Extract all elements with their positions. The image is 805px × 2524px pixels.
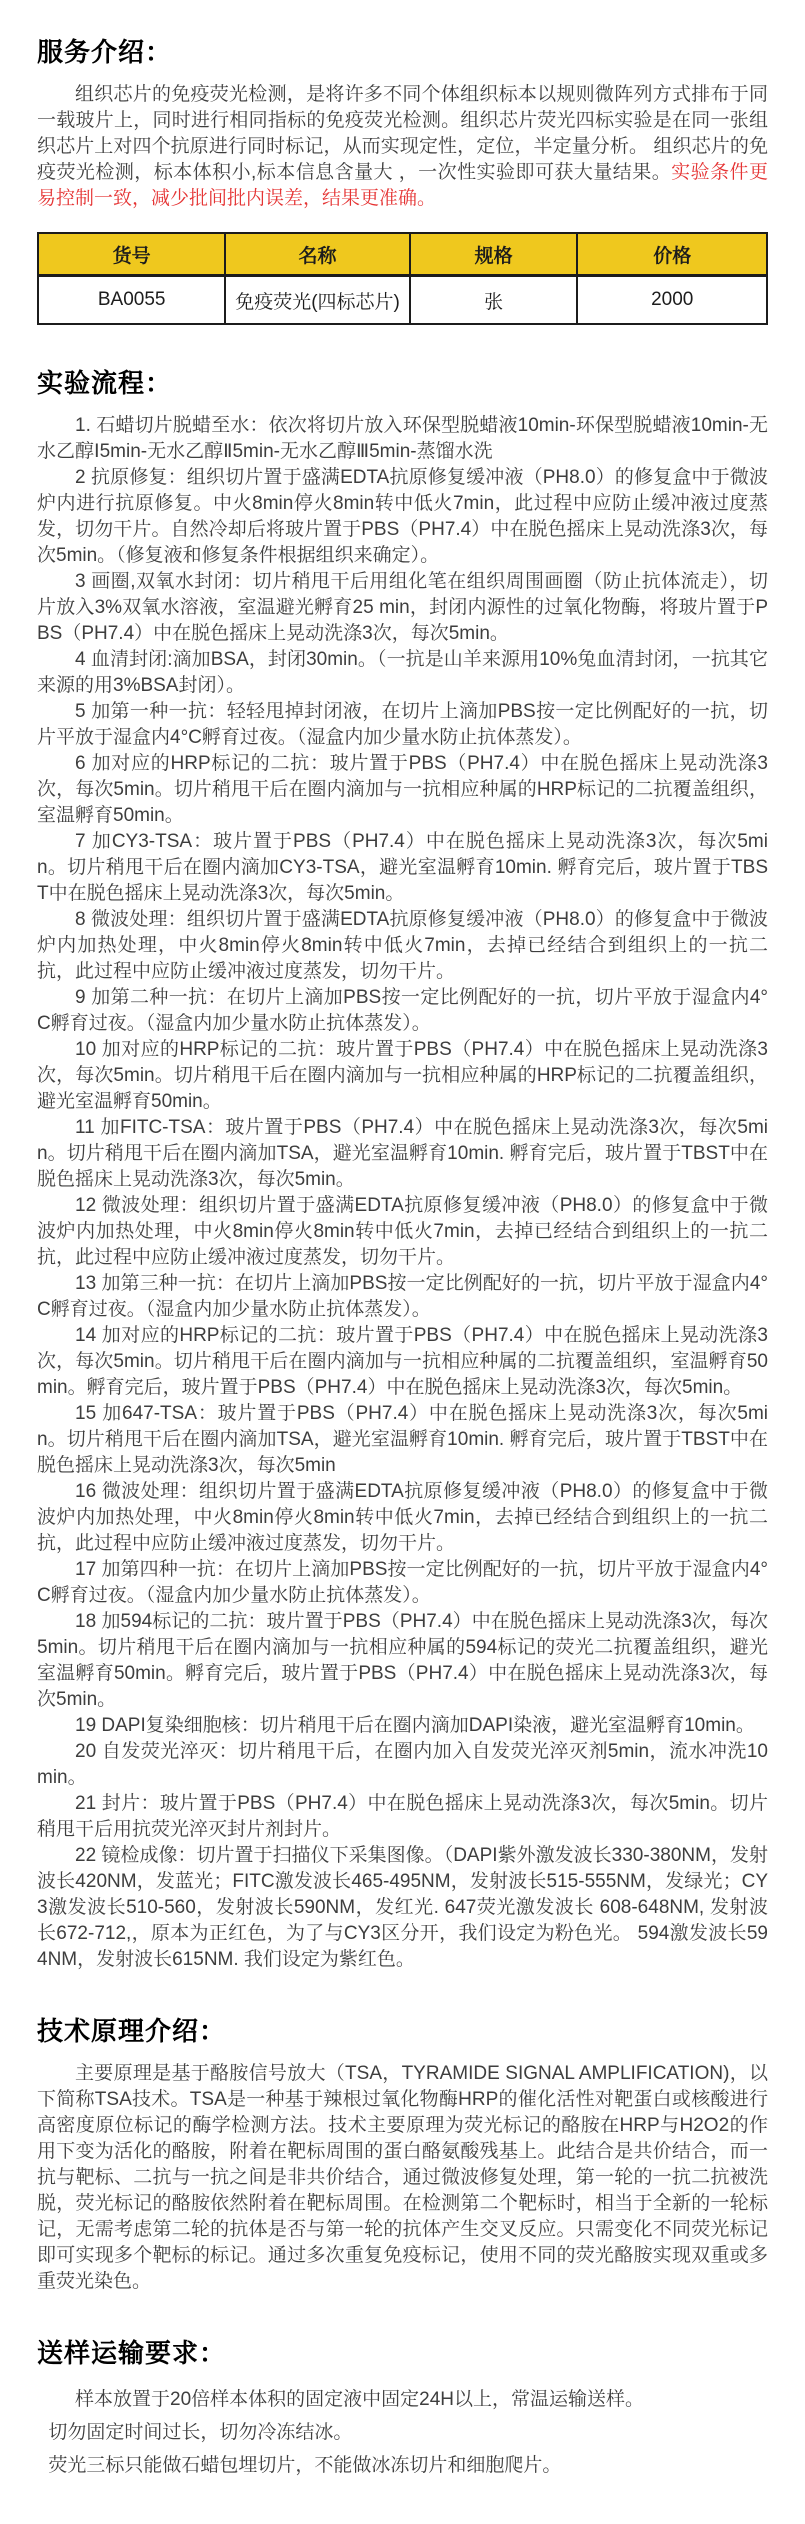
principle-heading: 技术原理介绍： [37, 2011, 768, 2048]
procedure-step-8: 8 微波处理：组织切片置于盛满EDTA抗原修复缓冲液（PH8.0）的修复盒中于微… [37, 907, 768, 985]
price-table-cell-name: 免疫荧光(四标芯片) [225, 276, 409, 325]
shipping-line-2: 切勿固定时间过长，切勿冷冻结冰。 [37, 2416, 768, 2449]
shipping-line-1: 样本放置于20倍样本体积的固定液中固定24H以上，常温运输送样。 [37, 2383, 768, 2416]
procedure-step-15: 15 加647-TSA：玻片置于PBS（PH7.4）中在脱色摇床上晃动洗涤3次，… [37, 1401, 768, 1479]
price-table-header-name: 名称 [225, 233, 409, 276]
procedure-step-19: 19 DAPI复染细胞核：切片稍甩干后在圈内滴加DAPI染液，避光室温孵育10m… [37, 1713, 768, 1739]
product-detail-page: 服务介绍： 组织芯片的免疫荧光检测，是将许多不同个体组织标本以规则微阵列方式排布… [0, 0, 805, 2524]
service-intro-text: 组织芯片的免疫荧光检测，是将许多不同个体组织标本以规则微阵列方式排布于同一载玻片… [37, 84, 768, 183]
procedure-step-7: 7 加CY3-TSA：玻片置于PBS（PH7.4）中在脱色摇床上晃动洗涤3次，每… [37, 829, 768, 907]
procedure-step-10: 10 加对应的HRP标记的二抗：玻片置于PBS（PH7.4）中在脱色摇床上晃动洗… [37, 1037, 768, 1115]
service-intro-paragraph: 组织芯片的免疫荧光检测，是将许多不同个体组织标本以规则微阵列方式排布于同一载玻片… [37, 82, 768, 212]
price-table-cell-code: BA0055 [38, 276, 225, 325]
shipping-line-3: 荧光三标只能做石蜡包埋切片，不能做冰冻切片和细胞爬片。 [37, 2449, 768, 2482]
price-table: 货号 名称 规格 价格 BA0055 免疫荧光(四标芯片) 张 2000 [37, 232, 768, 325]
price-table-cell-price: 2000 [577, 276, 767, 325]
procedure-step-2: 2 抗原修复：组织切片置于盛满EDTA抗原修复缓冲液（PH8.0）的修复盒中于微… [37, 465, 768, 569]
price-table-header-row: 货号 名称 规格 价格 [38, 233, 767, 276]
procedure-step-20: 20 自发荧光淬灭：切片稍甩干后，在圈内加入自发荧光淬灭剂5min，流水冲洗10… [37, 1739, 768, 1791]
principle-section: 技术原理介绍： 主要原理是基于酪胺信号放大（TSA，TYRAMIDE SIGNA… [37, 2011, 768, 2295]
procedure-step-6: 6 加对应的HRP标记的二抗：玻片置于PBS（PH7.4）中在脱色摇床上晃动洗涤… [37, 751, 768, 829]
procedure-step-1: 1. 石蜡切片脱蜡至水：依次将切片放入环保型脱蜡液10min-环保型脱蜡液10m… [37, 413, 768, 465]
procedure-step-18: 18 加594标记的二抗：玻片置于PBS（PH7.4）中在脱色摇床上晃动洗涤3次… [37, 1609, 768, 1713]
shipping-section: 送样运输要求： 样本放置于20倍样本体积的固定液中固定24H以上，常温运输送样。… [37, 2333, 768, 2482]
procedure-step-12: 12 微波处理：组织切片置于盛满EDTA抗原修复缓冲液（PH8.0）的修复盒中于… [37, 1193, 768, 1271]
procedure-step-22: 22 镜检成像：切片置于扫描仪下采集图像。（DAPI紫外激发波长330-380N… [37, 1843, 768, 1973]
price-table-header-spec: 规格 [410, 233, 578, 276]
procedure-step-9: 9 加第二种一抗：在切片上滴加PBS按一定比例配好的一抗，切片平放于湿盒内4°C… [37, 985, 768, 1037]
service-intro-section: 服务介绍： 组织芯片的免疫荧光检测，是将许多不同个体组织标本以规则微阵列方式排布… [37, 32, 768, 212]
procedure-step-5: 5 加第一种一抗：轻轻甩掉封闭液，在切片上滴加PBS按一定比例配好的一抗，切片平… [37, 699, 768, 751]
procedure-step-16: 16 微波处理：组织切片置于盛满EDTA抗原修复缓冲液（PH8.0）的修复盒中于… [37, 1479, 768, 1557]
price-table-header-price: 价格 [577, 233, 767, 276]
principle-paragraph: 主要原理是基于酪胺信号放大（TSA，TYRAMIDE SIGNAL AMPLIF… [37, 2061, 768, 2295]
procedure-heading: 实验流程： [37, 363, 768, 400]
procedure-step-11: 11 加FITC-TSA：玻片置于PBS（PH7.4）中在脱色摇床上晃动洗涤3次… [37, 1115, 768, 1193]
price-table-header-code: 货号 [38, 233, 225, 276]
shipping-heading: 送样运输要求： [37, 2333, 768, 2370]
procedure-step-4: 4 血清封闭:滴加BSA，封闭30min。（一抗是山羊来源用10%兔血清封闭，一… [37, 647, 768, 699]
price-table-row: BA0055 免疫荧光(四标芯片) 张 2000 [38, 276, 767, 325]
service-intro-heading: 服务介绍： [37, 32, 768, 69]
procedure-step-13: 13 加第三种一抗：在切片上滴加PBS按一定比例配好的一抗，切片平放于湿盒内4°… [37, 1271, 768, 1323]
procedure-step-3: 3 画圈,双氧水封闭：切片稍甩干后用组化笔在组织周围画圈（防止抗体流走），切片放… [37, 569, 768, 647]
procedure-step-14: 14 加对应的HRP标记的二抗：玻片置于PBS（PH7.4）中在脱色摇床上晃动洗… [37, 1323, 768, 1401]
page-body: { "colors": { "accent_red": "#e53333", "… [0, 0, 805, 2524]
price-table-cell-spec: 张 [410, 276, 578, 325]
procedure-section: 实验流程： 1. 石蜡切片脱蜡至水：依次将切片放入环保型脱蜡液10min-环保型… [37, 363, 768, 1973]
procedure-step-17: 17 加第四种一抗：在切片上滴加PBS按一定比例配好的一抗，切片平放于湿盒内4°… [37, 1557, 768, 1609]
procedure-step-21: 21 封片：玻片置于PBS（PH7.4）中在脱色摇床上晃动洗涤3次，每次5min… [37, 1791, 768, 1843]
